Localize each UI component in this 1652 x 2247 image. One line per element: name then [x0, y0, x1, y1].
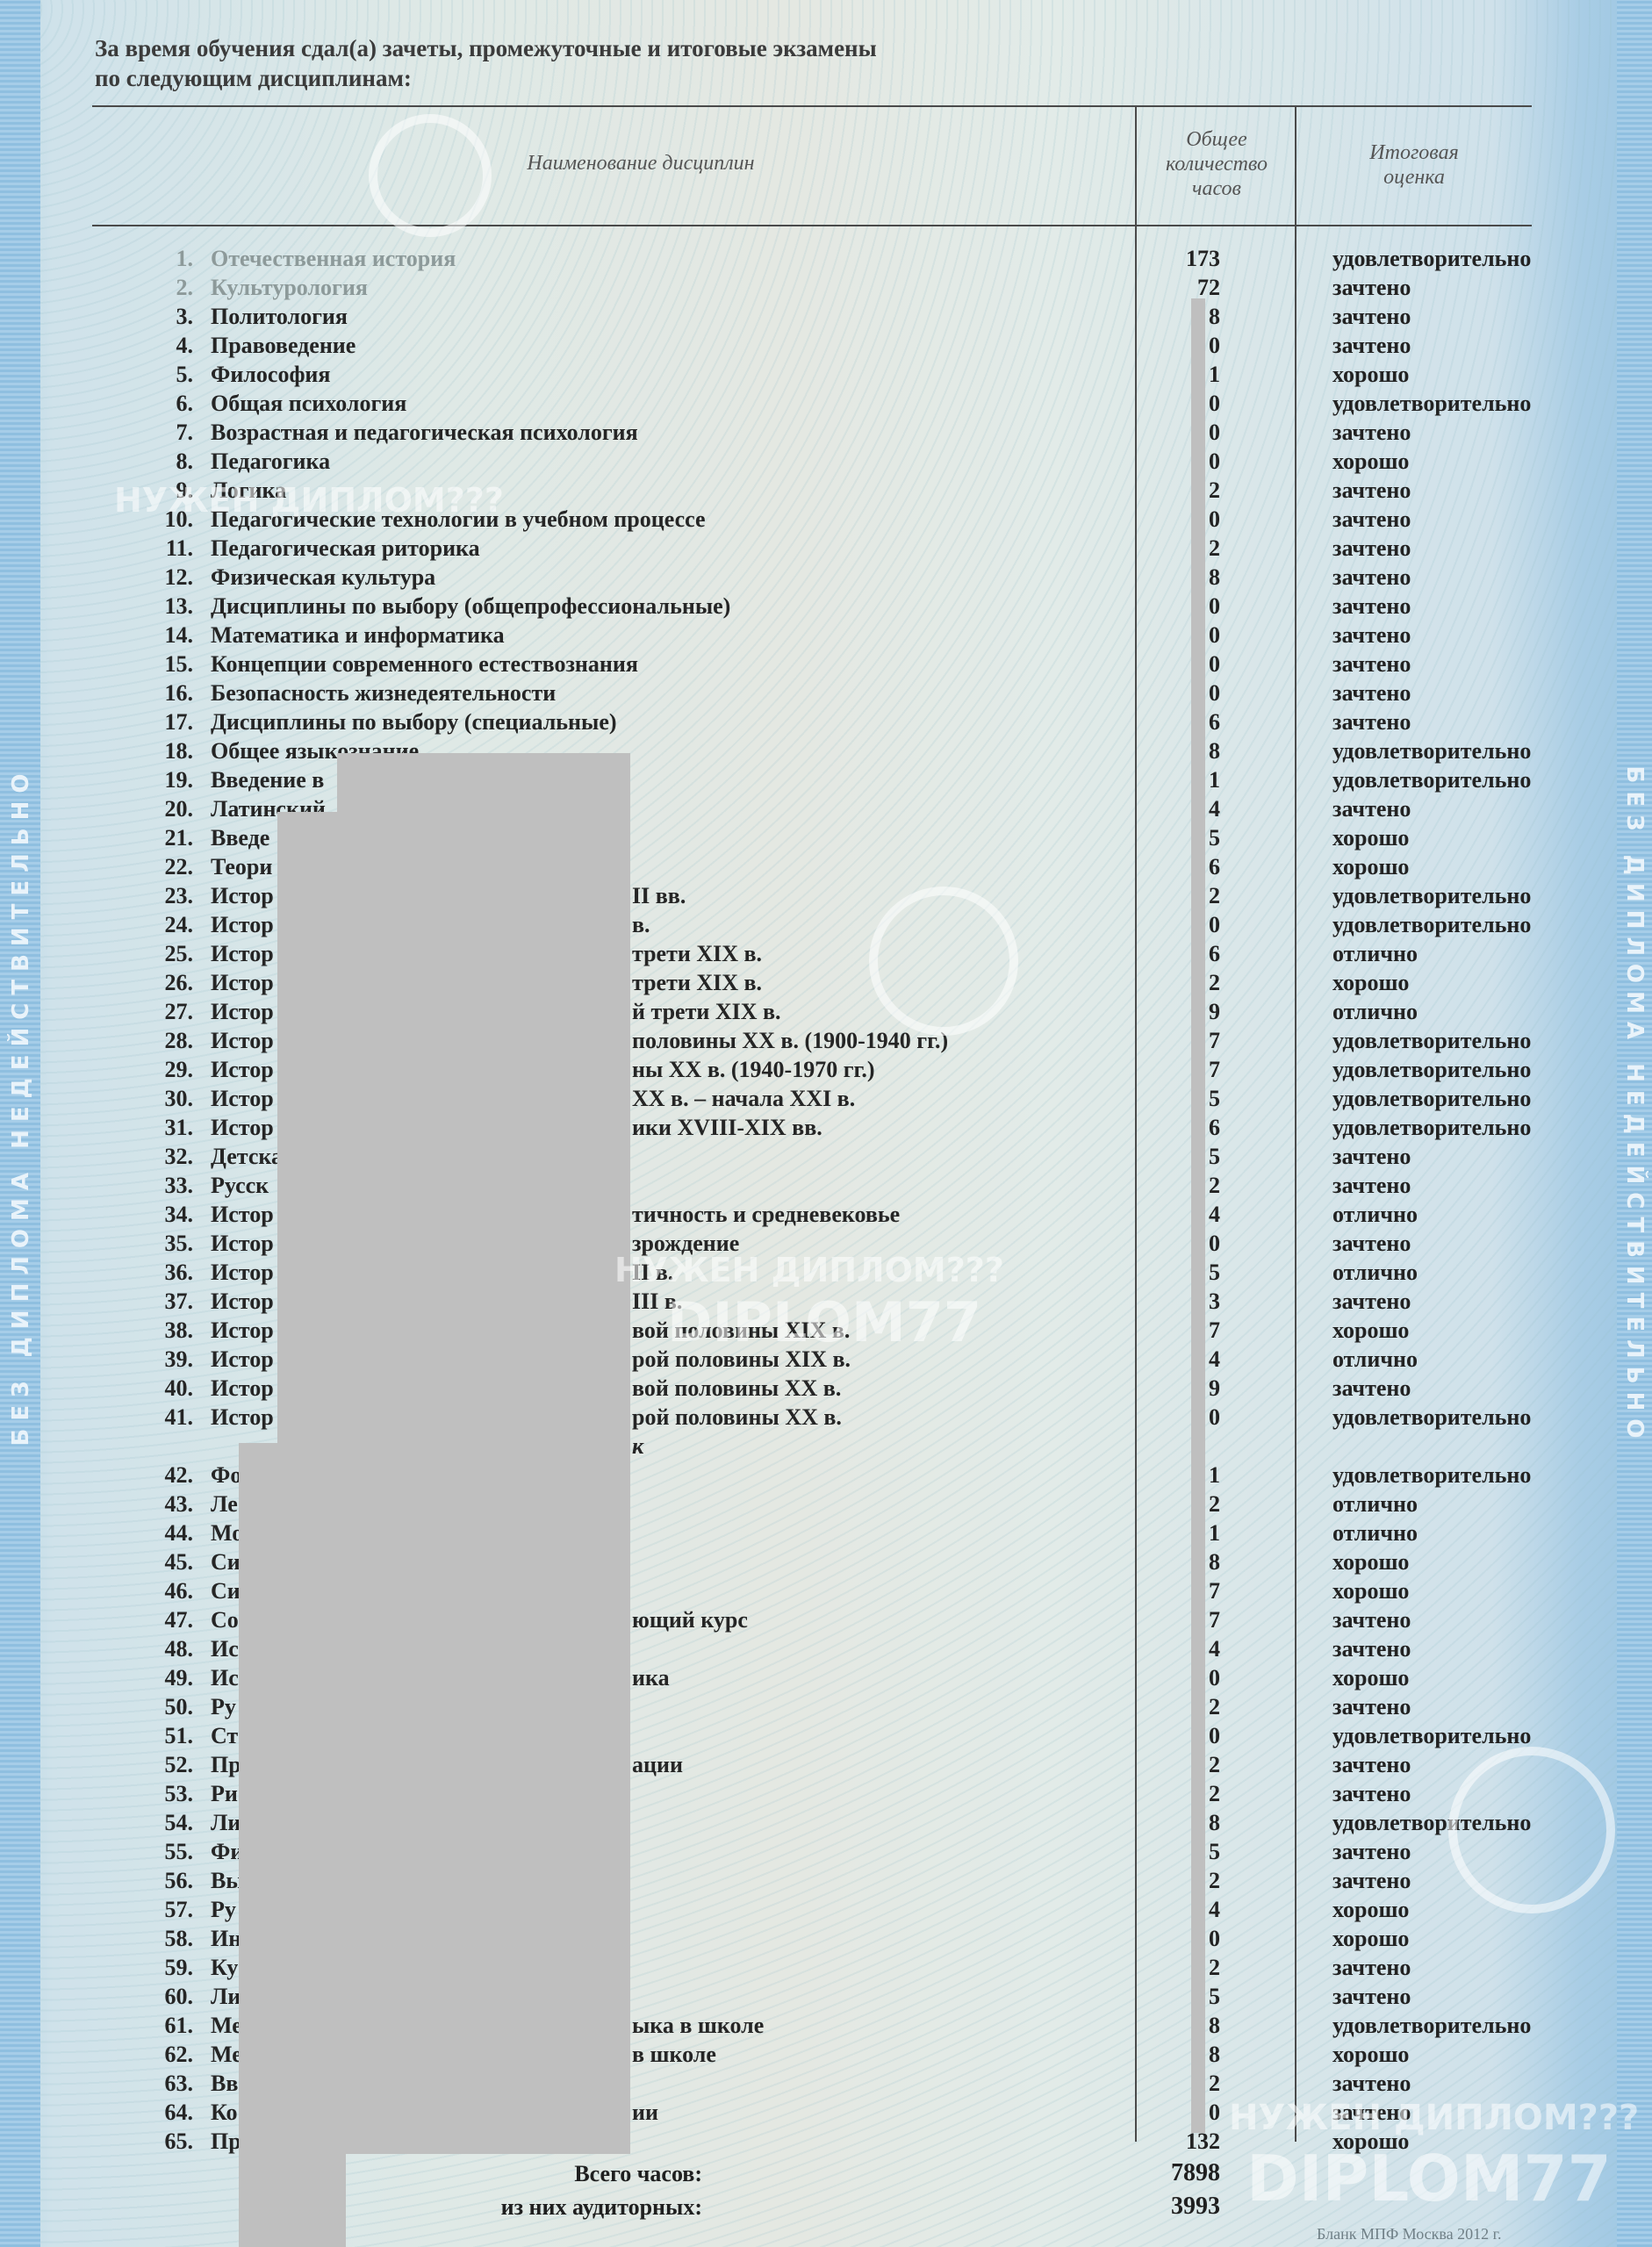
discipline-name-tail: ации [632, 1752, 683, 1778]
intro-line-2: по следующим дисциплинам: [95, 63, 877, 93]
discipline-name-continuation: к [632, 1433, 643, 1460]
discipline-name: Ли [211, 1984, 241, 2010]
discipline-name: Культурология [211, 275, 368, 301]
discipline-name: Педагогическая риторика [211, 535, 480, 562]
grade-value: зачтено [1332, 2100, 1411, 2126]
total-hours-value: 7898 [1132, 2159, 1220, 2187]
hours-value: 0 [1132, 333, 1220, 359]
grade-value: отлично [1332, 1202, 1418, 1228]
row-number: 21. [151, 825, 193, 851]
hours-value: 8 [1132, 1810, 1220, 1836]
row-number: 46. [151, 1578, 193, 1604]
grade-value: хорошо [1332, 2042, 1409, 2068]
side-text-left: БЕЗ ДИПЛОМА НЕДЕЙСТВИТЕЛЬНО [8, 766, 34, 1447]
row-number: 40. [151, 1375, 193, 1402]
row-number: 38. [151, 1317, 193, 1344]
discipline-name: Истор [211, 999, 274, 1025]
hours-value: 1 8 [1132, 2013, 1220, 2039]
grade-value: зачтено [1332, 2071, 1411, 2097]
discipline-name: Безопасность жизнедеятельности [211, 680, 556, 707]
discipline-name: Дисциплины по выбору (общепрофессиональн… [211, 593, 730, 620]
hours-value: 1 7 [1132, 1028, 1220, 1054]
discipline-name: Политология [211, 304, 348, 330]
hours-value: 132 [1132, 2129, 1220, 2155]
row-number: 58. [151, 1926, 193, 1952]
grade-value: зачтено [1332, 333, 1411, 359]
discipline-name: Введение в [211, 767, 324, 793]
redaction-block [239, 1443, 630, 2154]
hours-value: 173 [1132, 246, 1220, 272]
hours-value: 2 [1132, 1868, 1220, 1894]
grade-value: зачтено [1332, 709, 1411, 736]
discipline-name: Истор [211, 1202, 274, 1228]
hours-value: 2 [1132, 1781, 1220, 1807]
grade-value: зачтено [1332, 1144, 1411, 1170]
discipline-name: Истор [211, 941, 274, 967]
watermark-text: НУЖЕН ДИПЛОМ??? [1229, 2098, 1639, 2138]
hours-value: 2 6 [1132, 709, 1220, 736]
discipline-name: Со [211, 1607, 239, 1633]
discipline-name: Педагогика [211, 449, 330, 475]
discipline-name-tail: III в. [632, 1289, 682, 1315]
grade-value: зачтено [1332, 680, 1411, 707]
auditory-hours-value: 3993 [1132, 2193, 1220, 2221]
discipline-name: Ст [211, 1723, 238, 1749]
hours-value: 2 [1132, 1955, 1220, 1981]
row-number: 33. [151, 1173, 193, 1199]
hours-value: 0 [1132, 1231, 1220, 1257]
hours-value: 7 [1132, 1607, 1220, 1633]
row-number: 15. [151, 651, 193, 678]
discipline-name: Истор [211, 912, 274, 938]
grade-value: удовлетворительно [1332, 1086, 1531, 1112]
discipline-name: Истор [211, 1404, 274, 1431]
redaction-block [337, 753, 630, 815]
discipline-name: Истор [211, 1115, 274, 1141]
header-hours-line-1: Общее [1138, 127, 1296, 152]
discipline-name: Логика [211, 477, 286, 504]
row-number: 36. [151, 1260, 193, 1286]
grade-value: хорошо [1332, 449, 1409, 475]
grade-value: зачтено [1332, 1955, 1411, 1981]
grade-value: хорошо [1332, 2129, 1409, 2155]
grade-value: отлично [1332, 1260, 1418, 1286]
grade-value: зачтено [1332, 420, 1411, 446]
grade-value: хорошо [1332, 1926, 1409, 1952]
row-number: 65. [151, 2129, 193, 2155]
hours-value: 2 1 [1132, 1520, 1220, 1547]
row-number: 17. [151, 709, 193, 736]
discipline-name: Ру [211, 1897, 236, 1923]
grade-value: зачтено [1332, 622, 1411, 649]
row-number: 63. [151, 2071, 193, 2097]
row-number: 56. [151, 1868, 193, 1894]
hours-value: 0 [1132, 1665, 1220, 1691]
grade-value: зачтено [1332, 651, 1411, 678]
grade-value: зачтено [1332, 1984, 1411, 2010]
row-number: 35. [151, 1231, 193, 1257]
row-number: 43. [151, 1491, 193, 1518]
discipline-name: Философия [211, 362, 330, 388]
grade-value: удовлетворительно [1332, 246, 1531, 272]
hours-value: 7 [1132, 1057, 1220, 1083]
table-header-rule [92, 225, 1532, 226]
grade-value: удовлетворительно [1332, 1057, 1531, 1083]
grade-value: удовлетворительно [1332, 1028, 1531, 1054]
grade-value: удовлетворительно [1332, 1462, 1531, 1489]
hours-value: 5 [1132, 825, 1220, 851]
auditory-hours-label: из них аудиторных: [334, 2194, 702, 2221]
discipline-name-tail: в школе [632, 2042, 716, 2068]
row-number: 14. [151, 622, 193, 649]
hours-value: 5 [1132, 1144, 1220, 1170]
discipline-name: Ис [211, 1636, 239, 1662]
row-number: 34. [151, 1202, 193, 1228]
discipline-name-tail: рой половины XX в. [632, 1404, 842, 1431]
hours-value: 1 6 [1132, 854, 1220, 880]
discipline-name: Ку [211, 1955, 238, 1981]
row-number: 3. [151, 304, 193, 330]
row-number: 10. [151, 506, 193, 533]
row-number: 22. [151, 854, 193, 880]
row-number: 53. [151, 1781, 193, 1807]
header-grade-line-2: оценка [1297, 165, 1531, 190]
hours-value: 0 [1132, 651, 1220, 678]
row-number: 4. [151, 333, 193, 359]
grade-value: зачтено [1332, 1694, 1411, 1720]
hours-value: 1 7 [1132, 1578, 1220, 1604]
watermark-logo [369, 114, 492, 237]
row-number: 8. [151, 449, 193, 475]
discipline-name: Истор [211, 1375, 274, 1402]
row-number: 61. [151, 2013, 193, 2039]
hours-value: 2 [1132, 1173, 1220, 1199]
discipline-name: Истор [211, 1317, 274, 1344]
grade-value: удовлетворительно [1332, 883, 1531, 909]
row-number: 39. [151, 1346, 193, 1373]
discipline-name: Общая психология [211, 391, 406, 417]
grade-value: хорошо [1332, 1578, 1409, 1604]
discipline-name: Пр [211, 1752, 241, 1778]
header-grade-line-1: Итоговая [1297, 140, 1531, 165]
discipline-name: Истор [211, 1260, 274, 1286]
hours-value: 6 [1132, 1115, 1220, 1141]
redaction-bar-hours [1191, 298, 1205, 2133]
grade-value: хорошо [1332, 1317, 1409, 1344]
hours-value: 8 [1132, 738, 1220, 765]
discipline-name: Истор [211, 1289, 274, 1315]
watermark-logo [1448, 1747, 1615, 1913]
discipline-name: Педагогические технологии в учебном проц… [211, 506, 706, 533]
discipline-name: Вв [211, 2071, 238, 2097]
grade-value: отлично [1332, 1520, 1418, 1547]
grade-value: зачтено [1332, 535, 1411, 562]
row-number: 55. [151, 1839, 193, 1865]
hours-value: 1 4 [1132, 796, 1220, 822]
hours-value: 72 [1132, 275, 1220, 301]
discipline-name: Дисциплины по выбору (специальные) [211, 709, 617, 736]
row-number: 45. [151, 1549, 193, 1576]
discipline-name: Детска [211, 1144, 283, 1170]
hours-value: 1 2 [1132, 1491, 1220, 1518]
grade-value: удовлетворительно [1332, 912, 1531, 938]
header-grade: Итоговая оценка [1297, 140, 1531, 190]
grade-value: зачтено [1332, 275, 1411, 301]
hours-value: 1 8 [1132, 1549, 1220, 1576]
discipline-name: Истор [211, 1346, 274, 1373]
grade-value: отлично [1332, 1346, 1418, 1373]
hours-value: 1 9 [1132, 999, 1220, 1025]
grade-value: удовлетворительно [1332, 391, 1531, 417]
row-number: 42. [151, 1462, 193, 1489]
discipline-name-tail: II в. [632, 1260, 673, 1286]
discipline-name-tail: в. [632, 912, 650, 938]
row-number: 32. [151, 1144, 193, 1170]
grade-value: зачтено [1332, 593, 1411, 620]
discipline-name: Истор [211, 883, 274, 909]
grade-value: хорошо [1332, 825, 1409, 851]
discipline-name: Пр [211, 2129, 241, 2155]
hours-value: 3 0 [1132, 593, 1220, 620]
row-number: 24. [151, 912, 193, 938]
hours-value: 9 [1132, 1375, 1220, 1402]
discipline-name: Теори [211, 854, 272, 880]
redaction-block [277, 812, 630, 1444]
row-number: 64. [151, 2100, 193, 2126]
discipline-name: Истор [211, 1057, 274, 1083]
column-divider-grade [1295, 105, 1296, 2142]
grade-value: зачтено [1332, 1636, 1411, 1662]
row-number: 9. [151, 477, 193, 504]
row-number: 54. [151, 1810, 193, 1836]
row-number: 30. [151, 1086, 193, 1112]
row-number: 25. [151, 941, 193, 967]
row-number: 18. [151, 738, 193, 765]
hours-value: 4 [1132, 1346, 1220, 1373]
grade-value: хорошо [1332, 1897, 1409, 1923]
hours-value: 2 [1132, 1752, 1220, 1778]
grade-value: отлично [1332, 941, 1418, 967]
grade-value: удовлетворительно [1332, 1404, 1531, 1431]
row-number: 23. [151, 883, 193, 909]
hours-value: 1 0 [1132, 912, 1220, 938]
hours-value: 5 [1132, 1839, 1220, 1865]
row-number: 11. [151, 535, 193, 562]
table-top-rule [92, 105, 1532, 107]
row-number: 12. [151, 564, 193, 591]
discipline-name: Си [211, 1549, 241, 1576]
grade-value: удовлетворительно [1332, 1115, 1531, 1141]
row-number: 60. [151, 1984, 193, 2010]
grade-value: зачтено [1332, 1375, 1411, 1402]
discipline-name: Русск [211, 1173, 269, 1199]
grade-value: хорошо [1332, 362, 1409, 388]
hours-value: 4 [1132, 1202, 1220, 1228]
discipline-name: Правоведение [211, 333, 356, 359]
grade-value: зачтено [1332, 1781, 1411, 1807]
row-number: 41. [151, 1404, 193, 1431]
row-number: 47. [151, 1607, 193, 1633]
discipline-name-tail: ики XVIII-XIX вв. [632, 1115, 822, 1141]
discipline-name-tail: ика [632, 1665, 670, 1691]
grade-value: хорошо [1332, 970, 1409, 996]
hours-value: 0 [1132, 420, 1220, 446]
hours-value: 5 [1132, 1984, 1220, 2010]
discipline-name: Математика и информатика [211, 622, 505, 649]
row-number: 6. [151, 391, 193, 417]
discipline-name-tail: й трети XIX в. [632, 999, 781, 1025]
row-number: 29. [151, 1057, 193, 1083]
hours-value: 1 1 [1132, 1462, 1220, 1489]
grade-value: удовлетворительно [1332, 767, 1531, 793]
grade-value: удовлетворительно [1332, 1723, 1531, 1749]
discipline-name-tail: ны XX в. (1940-1970 гг.) [632, 1057, 875, 1083]
hours-value: 1 0 [1132, 449, 1220, 475]
discipline-name: Введе [211, 825, 269, 851]
hours-value: 2 [1132, 477, 1220, 504]
grade-value: зачтено [1332, 796, 1411, 822]
row-number: 50. [151, 1694, 193, 1720]
row-number: 48. [151, 1636, 193, 1662]
discipline-name: Ли [211, 1810, 241, 1836]
row-number: 13. [151, 593, 193, 620]
hours-value: 1 8 [1132, 2042, 1220, 2068]
watermark-text: DIPLOM77 [1246, 2142, 1612, 2215]
discipline-name: Фо [211, 1462, 241, 1489]
hours-value: 1 4 [1132, 1636, 1220, 1662]
discipline-name: Концепции современного естествознания [211, 651, 638, 678]
watermark-logo [869, 887, 1018, 1036]
side-text-right: БЕЗ ДИПЛОМА НЕДЕЙСТВИТЕЛЬНО [1621, 766, 1648, 1447]
grade-value: зачтено [1332, 1231, 1411, 1257]
row-number: 51. [151, 1723, 193, 1749]
hours-value: 4 8 [1132, 564, 1220, 591]
hours-value: 1 1 [1132, 767, 1220, 793]
discipline-name-tail: вой половины XX в. [632, 1375, 841, 1402]
discipline-name: Ме [211, 2013, 242, 2039]
row-number: 19. [151, 767, 193, 793]
grade-value: зачтено [1332, 1607, 1411, 1633]
row-number: 20. [151, 796, 193, 822]
hours-value: 3 [1132, 1289, 1220, 1315]
discipline-name-tail: ии [632, 2100, 658, 2126]
row-number: 44. [151, 1520, 193, 1547]
redaction-block [239, 2150, 346, 2247]
grade-value: хорошо [1332, 1665, 1409, 1691]
grade-value: зачтено [1332, 564, 1411, 591]
discipline-name: Ру [211, 1694, 236, 1720]
grade-value: удовлетворительно [1332, 2013, 1531, 2039]
discipline-name-tail: ыка в школе [632, 2013, 764, 2039]
discipline-name: Истор [211, 1231, 274, 1257]
grade-value: хорошо [1332, 1549, 1409, 1576]
discipline-name-tail: II вв. [632, 883, 686, 909]
hours-value: 2 [1132, 535, 1220, 562]
intro-text: За время обучения сдал(а) зачеты, промеж… [95, 33, 877, 93]
discipline-name: Си [211, 1578, 241, 1604]
discipline-name: Истор [211, 1086, 274, 1112]
grade-value: хорошо [1332, 854, 1409, 880]
hours-value: 1 4 [1132, 1897, 1220, 1923]
row-number: 26. [151, 970, 193, 996]
row-number: 5. [151, 362, 193, 388]
row-number: 37. [151, 1289, 193, 1315]
hours-value: 1 1 [1132, 362, 1220, 388]
discipline-name: Ин [211, 1926, 241, 1952]
discipline-name-tail: трети XIX в. [632, 941, 762, 967]
hours-value: 0 [1132, 2100, 1220, 2126]
hours-value: 1 2 [1132, 970, 1220, 996]
form-print-info: Бланк МПФ Москва 2012 г. [1317, 2225, 1502, 2243]
grade-value: зачтено [1332, 477, 1411, 504]
hours-value: 8 [1132, 304, 1220, 330]
hours-value: 0 [1132, 680, 1220, 707]
grade-value: зачтено [1332, 506, 1411, 533]
row-number: 7. [151, 420, 193, 446]
hours-value: 1 5 [1132, 1086, 1220, 1112]
header-hours: Общее количество часов [1138, 127, 1296, 201]
discipline-name-tail: ющий курс [632, 1607, 748, 1633]
discipline-name: Истор [211, 1028, 274, 1054]
row-number: 1. [151, 246, 193, 272]
discipline-name-tail: зрождение [632, 1231, 739, 1257]
header-hours-line-3: часов [1138, 176, 1296, 201]
grade-value: зачтено [1332, 1868, 1411, 1894]
row-number: 2. [151, 275, 193, 301]
hours-value: 2 [1132, 2071, 1220, 2097]
row-number: 57. [151, 1897, 193, 1923]
discipline-name-tail: половины XX в. (1900-1940 гг.) [632, 1028, 948, 1054]
hours-value: 0 [1132, 1723, 1220, 1749]
discipline-name: Ри [211, 1781, 238, 1807]
intro-line-1: За время обучения сдал(а) зачеты, промеж… [95, 33, 877, 63]
grade-value: зачтено [1332, 1839, 1411, 1865]
row-number: 31. [151, 1115, 193, 1141]
hours-value: 1 2 [1132, 883, 1220, 909]
grade-value: удовлетворительно [1332, 738, 1531, 765]
grade-value: отлично [1332, 999, 1418, 1025]
row-number: 28. [151, 1028, 193, 1054]
grade-value: зачтено [1332, 1173, 1411, 1199]
total-hours-label: Всего часов: [334, 2161, 702, 2187]
hours-value: 0 [1132, 391, 1220, 417]
grade-value: отлично [1332, 1491, 1418, 1518]
hours-value: 7 [1132, 1317, 1220, 1344]
discipline-name-tail: XX в. – начала XXI в. [632, 1086, 855, 1112]
discipline-name-tail: трети XIX в. [632, 970, 762, 996]
row-number: 27. [151, 999, 193, 1025]
hours-value: 1 0 [1132, 1404, 1220, 1431]
hours-value: 1 6 [1132, 941, 1220, 967]
discipline-name-tail: вой половины XIX в. [632, 1317, 850, 1344]
row-number: 16. [151, 680, 193, 707]
hours-value: 0 [1132, 506, 1220, 533]
row-number: 49. [151, 1665, 193, 1691]
discipline-name: Ко [211, 2100, 238, 2126]
row-number: 62. [151, 2042, 193, 2068]
hours-value: 2 [1132, 1694, 1220, 1720]
discipline-name: Истор [211, 970, 274, 996]
grade-value: зачтено [1332, 1289, 1411, 1315]
discipline-name: Возрастная и педагогическая психология [211, 420, 638, 446]
discipline-name-tail: рой половины XIX в. [632, 1346, 851, 1373]
discipline-name-tail: тичность и средневековье [632, 1202, 900, 1228]
discipline-name: Физическая культура [211, 564, 435, 591]
discipline-name: Отечественная история [211, 246, 456, 272]
header-hours-line-2: количество [1138, 152, 1296, 176]
hours-value: 5 [1132, 1260, 1220, 1286]
discipline-name: Ле [211, 1491, 238, 1518]
